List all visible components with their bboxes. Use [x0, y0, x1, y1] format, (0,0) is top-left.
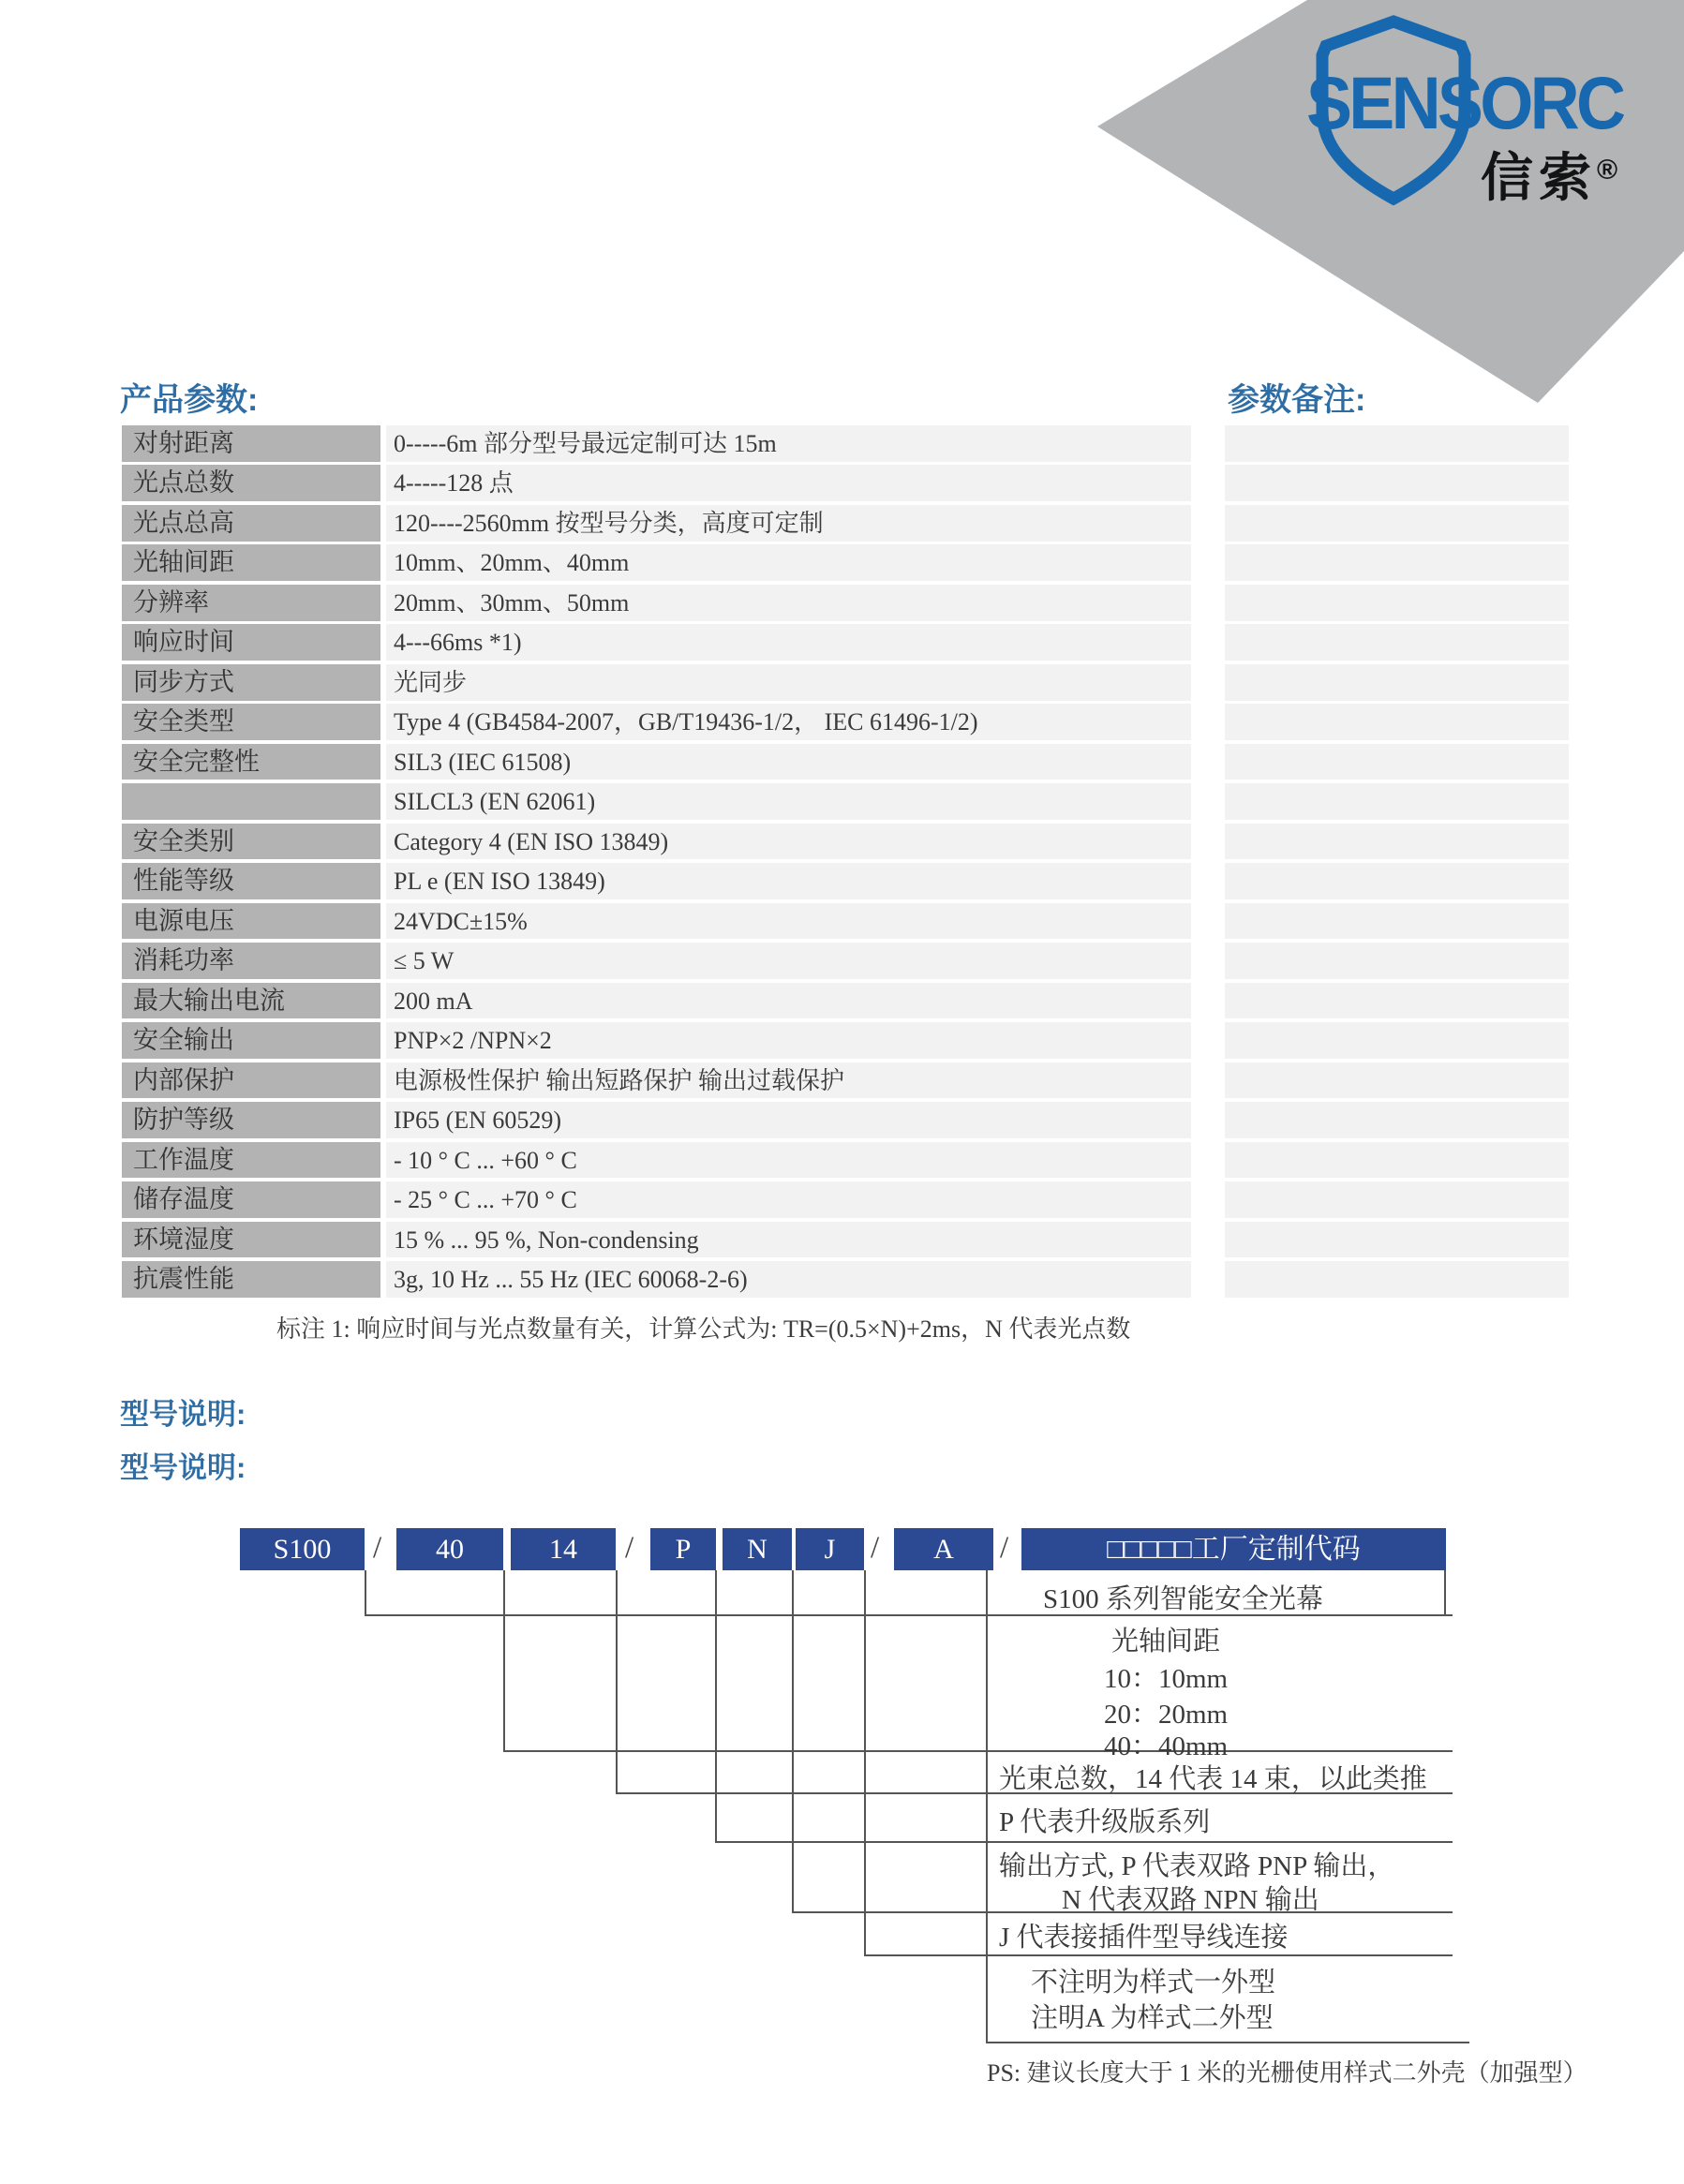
- connector-vline: [792, 1570, 794, 1911]
- table-row: 工作温度- 10 ° C ... +60 ° C: [122, 1142, 1191, 1179]
- heading-product-params: 产品参数:: [120, 374, 258, 420]
- spec-value: 10mm、20mm、40mm: [386, 544, 1191, 581]
- spec-label: 光点总数: [122, 465, 380, 501]
- model-box-connector: J: [796, 1528, 864, 1570]
- model-desc-pitch-title: 光轴间距: [1111, 1620, 1220, 1658]
- note-cell: [1225, 585, 1569, 621]
- note-cell: [1225, 664, 1569, 701]
- spec-label: 环境湿度: [122, 1222, 380, 1258]
- spec-value: 电源极性保护 输出短路保护 输出过载保护: [386, 1062, 1191, 1099]
- spec-label: 分辨率: [122, 585, 380, 621]
- connector-vline: [503, 1570, 505, 1750]
- connector-vline: [715, 1570, 717, 1841]
- connector-vline: [616, 1570, 618, 1792]
- connector-vline: [1444, 1570, 1446, 1614]
- spec-label: 光点总高: [122, 505, 380, 542]
- footnote: 标注 1: 响应时间与光点数量有关，计算公式为: TR=(0.5×N)+2ms，…: [276, 1310, 1130, 1345]
- note-cell: [1225, 903, 1569, 940]
- notes-column: [1225, 425, 1569, 1301]
- logo-cn-text: 信索: [1481, 148, 1597, 207]
- spec-label: 防护等级: [122, 1102, 380, 1138]
- connector-hline: [986, 2042, 1469, 2043]
- model-desc-output-1: 输出方式, P 代表双路 PNP 输出，: [999, 1845, 1394, 1883]
- note-cell: [1225, 1102, 1569, 1138]
- model-desc-upgrade: P 代表升级版系列: [999, 1801, 1210, 1839]
- table-row: 同步方式光同步: [122, 664, 1191, 701]
- model-desc-connector: J 代表接插件型导线连接: [999, 1916, 1289, 1954]
- model-desc-output-2: N 代表双路 NPN 输出: [1062, 1879, 1319, 1917]
- heading-model-desc-2: 型号说明:: [120, 1444, 246, 1486]
- logo-chinese-name: 信索®: [1481, 137, 1617, 212]
- heading-param-notes: 参数备注:: [1228, 374, 1365, 420]
- spec-value: Category 4 (EN ISO 13849): [386, 824, 1191, 860]
- spec-value: SIL3 (IEC 61508): [386, 744, 1191, 780]
- note-cell: [1225, 943, 1569, 979]
- ps-note: PS: 建议长度大于 1 米的光栅使用样式二外壳（加强型）: [987, 2054, 1587, 2088]
- model-box-series: S100: [240, 1528, 365, 1570]
- spec-label: 储存温度: [122, 1181, 380, 1218]
- spec-label: 工作温度: [122, 1142, 380, 1179]
- note-cell: [1225, 1181, 1569, 1218]
- spec-label: 安全类别: [122, 824, 380, 860]
- spec-value: 15 % ... 95 %, Non-condensing: [386, 1222, 1191, 1258]
- connector-hline: [715, 1841, 1453, 1843]
- spec-label: 响应时间: [122, 624, 380, 661]
- slash-separator: /: [871, 1531, 879, 1566]
- note-cell: [1225, 983, 1569, 1019]
- table-row: 响应时间4---66ms *1): [122, 624, 1191, 661]
- table-row: 最大输出电流200 mA: [122, 983, 1191, 1019]
- spec-value: 20mm、30mm、50mm: [386, 585, 1191, 621]
- model-box-output: N: [723, 1528, 792, 1570]
- slash-separator: /: [625, 1531, 633, 1566]
- connector-hline: [503, 1750, 1453, 1752]
- table-row: 安全类别Category 4 (EN ISO 13849): [122, 824, 1191, 860]
- heading-model-desc-1: 型号说明:: [120, 1390, 246, 1433]
- model-desc-style-1: 不注明为样式一外型: [1031, 1961, 1275, 1999]
- spec-label: 安全完整性: [122, 744, 380, 780]
- table-row: 安全类型Type 4 (GB4584-2007，GB/T19436-1/2， I…: [122, 704, 1191, 740]
- slash-separator: /: [373, 1531, 381, 1566]
- table-row: 分辨率20mm、30mm、50mm: [122, 585, 1191, 621]
- spec-value: 0-----6m 部分型号最远定制可达 15m: [386, 425, 1191, 462]
- table-row: 内部保护电源极性保护 输出短路保护 输出过载保护: [122, 1062, 1191, 1099]
- note-cell: [1225, 1062, 1569, 1099]
- spec-label: 最大输出电流: [122, 983, 380, 1019]
- table-row: 储存温度- 25 ° C ... +70 ° C: [122, 1181, 1191, 1218]
- table-row: 光点总数4-----128 点: [122, 465, 1191, 501]
- note-cell: [1225, 1142, 1569, 1179]
- table-row: 消耗功率≤ 5 W: [122, 943, 1191, 979]
- table-row: 安全完整性SIL3 (IEC 61508): [122, 744, 1191, 780]
- model-desc-series: S100 系列智能安全光幕: [1043, 1578, 1323, 1616]
- table-row: 性能等级PL e (EN ISO 13849): [122, 863, 1191, 899]
- spec-label: 抗震性能: [122, 1261, 380, 1298]
- note-cell: [1225, 704, 1569, 740]
- logo-wordmark: SENSORC: [1306, 60, 1637, 146]
- spec-label: 同步方式: [122, 664, 380, 701]
- table-row: 抗震性能3g, 10 Hz ... 55 Hz (IEC 60068-2-6): [122, 1261, 1191, 1298]
- spec-label: 对射距离: [122, 425, 380, 462]
- spec-label: 安全输出: [122, 1022, 380, 1059]
- model-desc-pitch-10: 10：10mm: [1104, 1657, 1228, 1696]
- spec-value: 4---66ms *1): [386, 624, 1191, 661]
- connector-vline: [365, 1570, 366, 1614]
- model-box-style: A: [894, 1528, 993, 1570]
- spec-label: 电源电压: [122, 903, 380, 940]
- connector-vline: [986, 1570, 988, 2042]
- note-cell: [1225, 1022, 1569, 1059]
- spec-value: PL e (EN ISO 13849): [386, 863, 1191, 899]
- connector-hline: [864, 1954, 1453, 1956]
- connector-vline: [864, 1570, 866, 1954]
- spec-value: - 10 ° C ... +60 ° C: [386, 1142, 1191, 1179]
- spec-value: 光同步: [386, 664, 1191, 701]
- datasheet-page: SENSORC 信索® 产品参数: 参数备注: 对射距离0-----6m 部分型…: [0, 0, 1684, 2184]
- note-cell: [1225, 1261, 1569, 1298]
- spec-label: 消耗功率: [122, 943, 380, 979]
- table-row: 对射距离0-----6m 部分型号最远定制可达 15m: [122, 425, 1191, 462]
- note-cell: [1225, 544, 1569, 581]
- spec-label: 光轴间距: [122, 544, 380, 581]
- note-cell: [1225, 744, 1569, 780]
- spec-label: 安全类型: [122, 704, 380, 740]
- table-row: SILCL3 (EN 62061): [122, 783, 1191, 820]
- table-row: 防护等级IP65 (EN 60529): [122, 1102, 1191, 1138]
- table-row: 环境湿度15 % ... 95 %, Non-condensing: [122, 1222, 1191, 1258]
- registered-trademark-icon: ®: [1597, 155, 1617, 186]
- note-cell: [1225, 824, 1569, 860]
- spec-label: 性能等级: [122, 863, 380, 899]
- model-box-custom-code: □□□□□工厂定制代码: [1021, 1528, 1446, 1570]
- spec-label: [122, 783, 380, 820]
- spec-value: 120----2560mm 按型号分类，高度可定制: [386, 505, 1191, 542]
- model-box-pitch: 40: [396, 1528, 503, 1570]
- spec-value: 200 mA: [386, 983, 1191, 1019]
- spec-value: - 25 ° C ... +70 ° C: [386, 1181, 1191, 1218]
- table-row: 电源电压24VDC±15%: [122, 903, 1191, 940]
- spec-value: 4-----128 点: [386, 465, 1191, 501]
- spec-value: SILCL3 (EN 62061): [386, 783, 1191, 820]
- spec-value: PNP×2 /NPN×2: [386, 1022, 1191, 1059]
- note-cell: [1225, 624, 1569, 661]
- model-box-upgrade: P: [650, 1528, 716, 1570]
- spec-label: 内部保护: [122, 1062, 380, 1099]
- spec-table: 对射距离0-----6m 部分型号最远定制可达 15m 光点总数4-----12…: [122, 425, 1191, 1301]
- spec-value: IP65 (EN 60529): [386, 1102, 1191, 1138]
- table-row: 光点总高120----2560mm 按型号分类，高度可定制: [122, 505, 1191, 542]
- slash-separator: /: [1000, 1531, 1008, 1566]
- model-box-beams: 14: [511, 1528, 616, 1570]
- table-row: 安全输出PNP×2 /NPN×2: [122, 1022, 1191, 1059]
- spec-value: 3g, 10 Hz ... 55 Hz (IEC 60068-2-6): [386, 1261, 1191, 1298]
- table-row: 光轴间距10mm、20mm、40mm: [122, 544, 1191, 581]
- spec-value: ≤ 5 W: [386, 943, 1191, 979]
- note-cell: [1225, 863, 1569, 899]
- note-cell: [1225, 783, 1569, 820]
- note-cell: [1225, 425, 1569, 462]
- model-desc-beams: 光束总数，14 代表 14 束，以此类推: [999, 1758, 1427, 1796]
- note-cell: [1225, 465, 1569, 501]
- spec-value: Type 4 (GB4584-2007，GB/T19436-1/2， IEC 6…: [386, 704, 1191, 740]
- model-desc-style-2: 注明A 为样式二外型: [1031, 1997, 1274, 2035]
- note-cell: [1225, 1222, 1569, 1258]
- spec-value: 24VDC±15%: [386, 903, 1191, 940]
- note-cell: [1225, 505, 1569, 542]
